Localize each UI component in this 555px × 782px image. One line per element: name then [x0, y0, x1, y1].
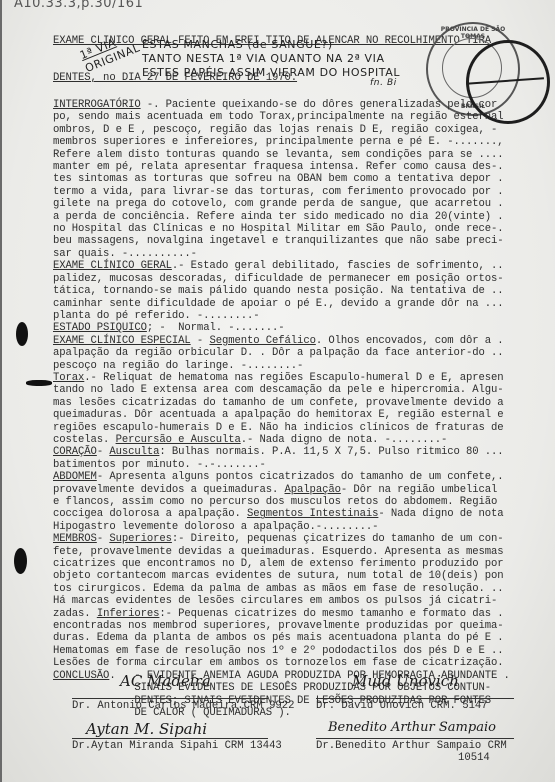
section-heading: Inferiores: [97, 608, 160, 620]
text-line: gilete na prega do cotovelo, com grande …: [53, 198, 510, 210]
handwritten-note: ESTAS MANCHAS (de SANGUE?) TANTO NESTA 1…: [142, 38, 400, 80]
line-text: tes sintomas as torturas que sofreu na O…: [53, 173, 504, 185]
text-line: mas lesões cicatrizadas do tamanho de um…: [53, 397, 510, 409]
handwritten-initials: fn. Bi: [370, 78, 397, 88]
text-line: e flancos, assim como no percurso dos mu…: [53, 496, 510, 508]
signature-line: [72, 738, 268, 739]
text-line: CORAÇÃO- Ausculta: Bulhas normais. P.A. …: [53, 446, 510, 458]
line-text: tos cirurgicos. Edema da palma de ambas …: [53, 583, 504, 595]
signature-scrawl: AC Madeira: [120, 672, 211, 690]
line-text: e flancos, assim como no percurso dos mu…: [53, 496, 497, 508]
text-line: zadas. Inferiores:- Pequenas cicatrizes …: [53, 608, 510, 620]
line-text: a perda de conciência. Refere ainda ter …: [53, 211, 504, 223]
text-line: tos cirurgicos. Edema da palma de ambas …: [53, 583, 510, 595]
line-text: membros superiores e infereiores, princi…: [53, 136, 504, 148]
text-line: fete, provavelmente devidas a queimadura…: [53, 546, 510, 558]
punch-hole-mark: [14, 548, 27, 574]
text-line: queimaduras. Dôr acentuada a apalpação d…: [53, 409, 510, 421]
text-line: po, sendo mais acentuada em todo Torax,p…: [53, 111, 510, 123]
section-heading: ESTADO PSIQUICO: [53, 322, 147, 334]
line-text: -: [97, 533, 110, 545]
line-text: fete, provavelmente devidas a queimadura…: [53, 546, 504, 558]
text-line: Hipogastro levemente doloroso a apalpaçã…: [53, 521, 510, 533]
ink-smudge: [26, 380, 52, 386]
line-text: mas lesões cicatrizadas do tamanho de um…: [53, 397, 504, 409]
section-heading: Percursão e Ausculta: [116, 434, 241, 446]
text-line: EXAME CLÍNICO GERAL.- Estado geral debil…: [53, 260, 510, 272]
line-text: costelas.: [53, 434, 116, 446]
line-text: . Olhos encovados, com dôr a .: [316, 335, 504, 347]
text-line: pescoço na região do laringe. -........-: [53, 360, 510, 372]
line-text: ombros, D e E , pescoço, região das loja…: [53, 124, 497, 136]
line-text: Lesões de forma circular em ambos os tor…: [53, 657, 504, 669]
line-text: provavelmente devidos a queimaduras.: [53, 484, 285, 496]
text-line: costelas. Percursão e Ausculta.- Nada di…: [53, 434, 510, 446]
line-text: beu massagens, novalgina ingetavel e tra…: [53, 235, 504, 247]
handwritten-note-line: TANTO NESTA 1ª VIA QUANTO NA 2ª VIA: [142, 52, 400, 66]
section-heading: MEMBROS: [53, 533, 97, 545]
line-text: coccigea dolorosa a apalpação.: [53, 508, 247, 520]
handwritten-note-line: ESTAS MANCHAS (de SANGUE?): [142, 38, 400, 52]
line-text: batimentos por minuto. -.-.......-: [53, 459, 266, 471]
line-text: cicatrizes que encontramos no D, alem de…: [53, 558, 504, 570]
line-text: - Dôr na região umbelical: [341, 484, 497, 496]
signature-scrawl: Benedito Arthur Sampaio: [328, 720, 496, 735]
line-text: Há marcas evidentes de lesões circulares…: [53, 595, 497, 607]
text-line: tática, tornando-se mais pálido quando n…: [53, 285, 510, 297]
text-line: objeto cortantecom marcas evidentes de s…: [53, 570, 510, 582]
line-text: -: [191, 335, 210, 347]
text-line: no Hospital das Clínicas e no Hospital M…: [53, 223, 510, 235]
text-line: Há marcas evidentes de lesões circulares…: [53, 595, 510, 607]
text-line: INTERROGATÓRIO -. Paciente queixando-se …: [53, 99, 510, 111]
line-text: tando no lado E extensa area com descama…: [53, 384, 504, 396]
line-text: palidez, mucosas descoradas, dificuldade…: [53, 273, 504, 285]
text-line: ABDOMEM- Apresenta alguns pontos cicatri…: [53, 471, 510, 483]
section-heading: EXAME CLÍNICO ESPECIAL: [53, 335, 191, 347]
text-line: a perda de conciência. Refere ainda ter …: [53, 211, 510, 223]
line-text: regiões escapulo-humerais D e E. Não ha …: [53, 422, 504, 434]
text-line: palidez, mucosas descoradas, dificuldade…: [53, 273, 510, 285]
text-line: Refere alem disto tonturas quando se lev…: [53, 149, 510, 161]
signer-crm: 10514: [458, 752, 490, 764]
text-line: Torax.- Reliquat de hematoma nas regiões…: [53, 372, 510, 384]
text-line: apalpação da região orbicular D. . Dôr a…: [53, 347, 510, 359]
text-line: ESTADO PSIQUICO; - Normal. -.......-: [53, 322, 510, 334]
section-heading: EXAME CLÍNICO GERAL: [53, 260, 172, 272]
text-line: encontradas nos membrod superiores, prov…: [53, 620, 510, 632]
line-text: objeto cortantecom marcas evidentes de s…: [53, 570, 504, 582]
line-text: - Nada digno de nota: [378, 508, 503, 520]
line-text: Refere alem disto tonturas quando se lev…: [53, 149, 504, 161]
scan-edge: [0, 0, 2, 782]
line-text: ; - Normal. -.......-: [147, 322, 285, 334]
text-line: manter em pé, relata apresentar fraquesa…: [53, 161, 510, 173]
text-line: batimentos por minuto. -.-.......-: [53, 459, 510, 471]
text-line: tando no lado E extensa area com descama…: [53, 384, 510, 396]
text-line: membros superiores e infereiores, princi…: [53, 136, 510, 148]
text-line: coccigea dolorosa a apalpação. Segmentos…: [53, 508, 510, 520]
text-line: Lesões de forma circular em ambos os tor…: [53, 657, 510, 669]
signer-name: Dr. David Unovich CRM. 5147: [316, 700, 488, 712]
signature-line: [316, 738, 514, 739]
line-text: :- Direito, pequenas çicatrizes do taman…: [172, 533, 504, 545]
line-text: :- Pequenas cicatrizes do mesmo tamanho …: [159, 608, 503, 620]
text-line: ombros, D e E , pescoço, região das loja…: [53, 124, 510, 136]
section-heading: CONCLUSÃO: [53, 670, 109, 682]
line-text: tática, tornando-se mais pálido quando n…: [53, 285, 504, 297]
section-heading: CORAÇÃO: [53, 446, 97, 458]
punch-hole-mark: [16, 322, 28, 346]
line-text: queimaduras. Dôr acentuada a apalpação d…: [53, 409, 504, 421]
line-text: caminhar sente dificuldade de apoiar o p…: [53, 298, 504, 310]
handwritten-note-line: ESTES PAPÉIS ASSIM VIERAM DO HOSPITAL: [142, 66, 400, 80]
section-heading: Segmentos Intestinais: [247, 508, 378, 520]
signer-name: Dr.Benedito Arthur Sampaio CRM: [316, 740, 507, 752]
section-heading: Superiores: [109, 533, 172, 545]
text-line: MEMBROS- Superiores:- Direito, pequenas …: [53, 533, 510, 545]
signature-scrawl: Aytan M. Sipahi: [86, 720, 207, 738]
line-text: termo a vida, para livrar-se das tortura…: [53, 186, 504, 198]
text-line: beu massagens, novalgina ingetavel e tra…: [53, 235, 510, 247]
text-line: provavelmente devidos a queimaduras. Apa…: [53, 484, 510, 496]
text-line: caminhar sente dificuldade de apoiar o p…: [53, 298, 510, 310]
line-text: - Apresenta alguns pontos cicatrizados d…: [97, 471, 504, 483]
text-line: EXAME CLÍNICO ESPECIAL - Segmento Cefáli…: [53, 335, 510, 347]
line-text: gilete na prega do cotovelo, com grande …: [53, 198, 504, 210]
text-line: duras. Edema da planta de ambos os pés m…: [53, 632, 510, 644]
text-line: Hematomas em fase de resolução nos 1º e …: [53, 645, 510, 657]
text-line: tes sintomas as torturas que sofreu na O…: [53, 173, 510, 185]
line-text: zadas.: [53, 608, 97, 620]
line-text: encontradas nos membrod superiores, prov…: [53, 620, 504, 632]
text-line: sar quais. -..........-: [53, 248, 510, 260]
signature-line: [316, 698, 514, 699]
line-text: Hematomas em fase de resolução nos 1º e …: [53, 645, 504, 657]
line-text: no Hospital das Clínicas e no Hospital M…: [53, 223, 504, 235]
section-heading: Ausculta: [109, 446, 159, 458]
line-text: -: [97, 446, 110, 458]
line-text: duras. Edema da planta de ambos os pés m…: [53, 632, 504, 644]
section-heading: Apalpação: [285, 484, 341, 496]
line-text: po, sendo mais acentuada em todo Torax,p…: [53, 111, 504, 123]
line-text: -. Paciente queixando-se do dôres genera…: [141, 99, 498, 111]
signer-name: Dr. Antonio Carlos Madeira.CRM 9922: [72, 700, 295, 712]
signature-line: [72, 698, 268, 699]
text-line: termo a vida, para livrar-se das tortura…: [53, 186, 510, 198]
line-text: .- Nada digno de nota. -........-: [241, 434, 448, 446]
section-heading: Torax: [53, 372, 84, 384]
line-text: planta do pé referido. -........-: [53, 310, 260, 322]
text-line: planta do pé referido. -........-: [53, 310, 510, 322]
section-heading: Segmento Cefálico: [209, 335, 315, 347]
text-line: cicatrizes que encontramos no D, alem de…: [53, 558, 510, 570]
section-heading: INTERROGATÓRIO: [53, 99, 141, 111]
line-text: manter em pé, relata apresentar fraquesa…: [53, 161, 504, 173]
signer-name: Dr.Aytan Miranda Sipahi CRM 13443: [72, 740, 282, 752]
exam-body-text: INTERROGATÓRIO -. Paciente queixando-se …: [53, 99, 510, 719]
section-heading: ABDOMEM: [53, 471, 97, 483]
line-text: sar quais. -..........-: [53, 248, 197, 260]
line-text: .- Estado geral debilitado, fascies de s…: [172, 260, 504, 272]
scanned-document-page: A10.33.3,p.30/161 EXAME CLINICO GERAL FE…: [0, 0, 555, 782]
line-text: apalpação da região orbicular D. . Dôr a…: [53, 347, 504, 359]
line-text: .- Reliquat de hematoma nas regiões Esca…: [84, 372, 503, 384]
line-text: pescoço na região do laringe. -........-: [53, 360, 303, 372]
text-line: regiões escapulo-humerais D e E. Não ha …: [53, 422, 510, 434]
line-text: Hipogastro levemente doloroso a apalpaçã…: [53, 521, 378, 533]
line-text: : Bulhas normais. P.A. 11,5 X 7,5. Pulso…: [159, 446, 503, 458]
signature-scrawl: Muid Unovich: [352, 672, 459, 690]
